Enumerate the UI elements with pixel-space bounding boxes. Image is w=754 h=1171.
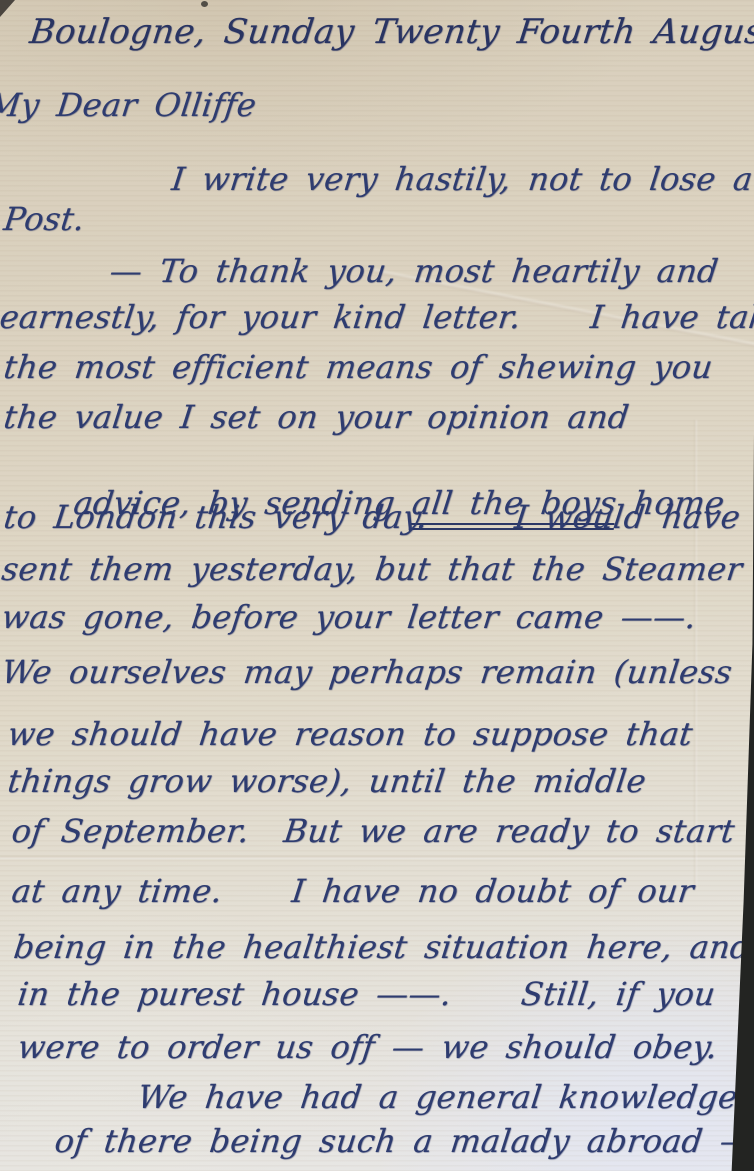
letter-line: were to order us off — we should obey. — [16, 1028, 720, 1066]
letter-line: We have had a general knowledge — — [136, 1078, 754, 1116]
letter-line: the value I set on your opinion and — [2, 398, 632, 436]
letter-photo: Boulogne, Sunday Twenty Fourth August, 1… — [0, 0, 754, 1171]
letter-line: of September. But we are ready to start — [10, 812, 737, 850]
letter-line: things grow worse), until the middle — [6, 762, 649, 800]
letter-line: — To thank you, most heartily and — [108, 252, 721, 290]
letter-line: at any time. I have no doubt of our — [10, 872, 696, 910]
letter-line: we should have reason to suppose that — [6, 715, 695, 753]
letter-line: being in the healthiest situation here, … — [12, 928, 754, 966]
letter-line: Post. — [2, 200, 87, 238]
letter-line: to London this very day. I would have — [2, 498, 743, 536]
letter-salutation: My Dear Olliffe — [0, 86, 259, 124]
letter-dateline: Boulogne, Sunday Twenty Fourth August, 1… — [28, 12, 754, 52]
letter-line: I write very hastily, not to lose a — [170, 160, 754, 198]
letter-line: We ourselves may perhaps remain (unless — [0, 653, 734, 691]
letter-line: was gone, before your letter came ——. — [0, 598, 698, 636]
letter-line: earnestly, for your kind letter. I have … — [0, 298, 754, 336]
letter-line: the most efficient means of shewing you — [2, 348, 715, 386]
letter-line: of there being such a malady abroad — — [53, 1122, 754, 1160]
letter-line: in the purest house ——. Still, if you — [16, 975, 718, 1013]
letter-line: sent them yesterday, but that the Steame… — [0, 550, 744, 588]
ink-speck — [201, 1, 208, 7]
